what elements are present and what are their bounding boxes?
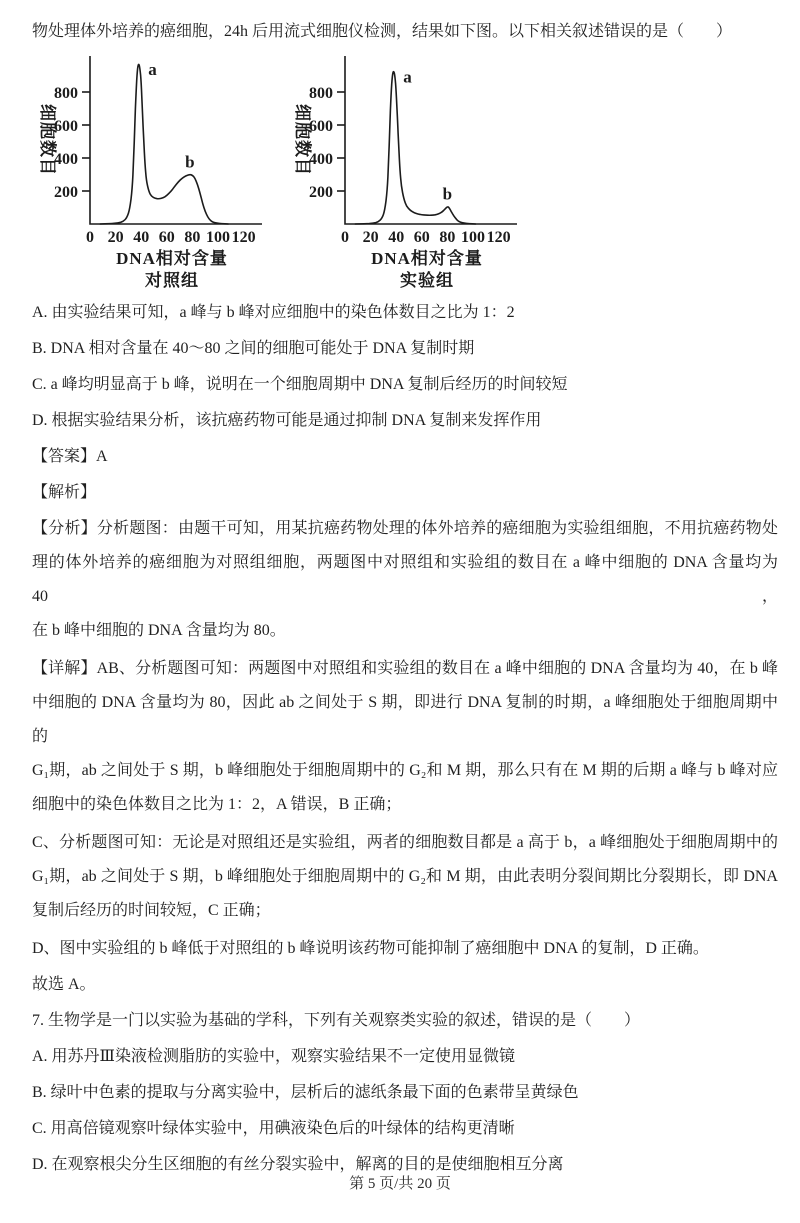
q6-analysis-header: 【解析】 (32, 476, 778, 510)
peak-label-b: b (443, 185, 452, 204)
q6-analysis-paragraph: 【分析】分析题图：由题干可知，用某抗癌药物处理的体外培养的癌细胞为实验组细胞，不… (32, 512, 778, 648)
x-tick-label: 100 (461, 229, 485, 246)
page-number: 第 5 页/共 20 页 (0, 1172, 800, 1193)
q7-option-c: C. 用高倍镜观察叶绿体实验中，用碘液染色后的叶绿体的结构更清晰 (32, 1112, 778, 1146)
x-tick-label: 80 (184, 229, 200, 246)
q7-option-a: A. 用苏丹Ⅲ染液检测脂肪的实验中，观察实验结果不一定使用显微镜 (32, 1040, 778, 1074)
text-line: G₁期，ab 之间处于 S 期，b 峰细胞处于细胞周期中的 G₂和 M 期，那么… (32, 754, 778, 788)
text-line: 细胞中的染色体数目之比为 1：2，A 错误，B 正确； (32, 788, 778, 822)
peak-label-b: b (185, 153, 194, 172)
x-tick-label: 120 (232, 229, 256, 246)
y-tick-label: 800 (309, 85, 333, 102)
y-tick-label: 200 (54, 184, 78, 201)
chart-caption: 对照组 (145, 270, 199, 290)
x-tick-label: 0 (341, 229, 349, 246)
q6-option-a: A. 由实验结果可知，a 峰与 b 峰对应细胞中的染色体数目之比为 1：2 (32, 296, 778, 330)
q6-option-b: B. DNA 相对含量在 40～80 之间的细胞可能处于 DNA 复制时期 (32, 332, 778, 366)
text-line: 【详解】AB、分析题图可知：两题图中对照组和实验组的数目在 a 峰中细胞的 DN… (32, 652, 778, 686)
flow-cytometry-figure: 200400600800020406080100120DNA相对含量对照组细胞数… (32, 44, 778, 296)
y-axis-title: 细胞数目 (293, 104, 313, 176)
chart-caption: 实验组 (400, 270, 454, 290)
x-tick-label: 40 (388, 229, 404, 246)
experimental-group-chart: 200400600800020406080100120DNA相对含量实验组细胞数… (281, 44, 533, 296)
x-tick-label: 60 (414, 229, 430, 246)
exam-document-page: 物处理体外培养的癌细胞，24h 后用流式细胞仪检测，结果如下图。以下相关叙述错误… (0, 0, 800, 1223)
x-tick-label: 100 (206, 229, 230, 246)
peak-label-a: a (403, 68, 412, 87)
distribution-curve (355, 72, 475, 224)
x-tick-label: 0 (86, 229, 94, 246)
q6-option-c-explanation: C、分析题图可知：无论是对照组还是实验组，两者的细胞数目都是 a 高于 b，a … (32, 826, 778, 928)
question-6-stem-text: 物处理体外培养的癌细胞，24h 后用流式细胞仪检测，结果如下图。以下相关叙述错误… (32, 20, 778, 44)
text-line: 理的体外培养的癌细胞为对照组细胞，两题图中对照组和实验组的数目在 a 峰中细胞的… (32, 546, 778, 614)
x-tick-label: 40 (133, 229, 149, 246)
axes (90, 56, 262, 224)
q6-answer: 【答案】A (32, 440, 778, 474)
q6-option-c: C. a 峰均明显高于 b 峰，说明在一个细胞周期中 DNA 复制后经历的时间较… (32, 368, 778, 402)
x-tick-label: 80 (439, 229, 455, 246)
axes (345, 56, 517, 224)
x-tick-label: 120 (487, 229, 511, 246)
peak-label-a: a (148, 60, 157, 79)
q7-stem: 7. 生物学是一门以实验为基础的学科，下列有关观察类实验的叙述，错误的是（ ） (32, 1004, 778, 1038)
y-tick-label: 800 (54, 85, 78, 102)
q7-option-b: B. 绿叶中色素的提取与分离实验中，层析后的滤纸条最下面的色素带呈黄绿色 (32, 1076, 778, 1110)
q6-detail-paragraph: 【详解】AB、分析题图可知：两题图中对照组和实验组的数目在 a 峰中细胞的 DN… (32, 652, 778, 822)
x-axis-title: DNA相对含量 (371, 248, 483, 268)
q6-option-d-explanation: D、图中实验组的 b 峰低于对照组的 b 峰说明该药物可能抑制了癌细胞中 DNA… (32, 932, 778, 966)
q6-option-d: D. 根据实验结果分析，该抗癌药物可能是通过抑制 DNA 复制来发挥作用 (32, 404, 778, 438)
text-line: G₁期，ab 之间处于 S 期，b 峰细胞处于细胞周期中的 G₂和 M 期，由此… (32, 860, 778, 894)
q6-conclusion: 故选 A。 (32, 968, 778, 1002)
page-content: 物处理体外培养的癌细胞，24h 后用流式细胞仪检测，结果如下图。以下相关叙述错误… (0, 0, 800, 1182)
y-tick-label: 200 (309, 184, 333, 201)
x-tick-label: 20 (363, 229, 379, 246)
text-line: 【分析】分析题图：由题干可知，用某抗癌药物处理的体外培养的癌细胞为实验组细胞，不… (32, 512, 778, 546)
distribution-curve (100, 64, 228, 224)
x-axis-title: DNA相对含量 (116, 248, 228, 268)
x-tick-label: 20 (108, 229, 124, 246)
text-line: 中细胞的 DNA 含量均为 80，因此 ab 之间处于 S 期，即进行 DNA … (32, 686, 778, 754)
control-group-chart: 200400600800020406080100120DNA相对含量对照组细胞数… (26, 44, 278, 296)
text-line: C、分析题图可知：无论是对照组还是实验组，两者的细胞数目都是 a 高于 b，a … (32, 826, 778, 860)
y-axis-title: 细胞数目 (38, 104, 58, 176)
text-line: 在 b 峰中细胞的 DNA 含量均为 80。 (32, 614, 778, 648)
x-tick-label: 60 (159, 229, 175, 246)
text-line: 复制后经历的时间较短，C 正确； (32, 894, 778, 928)
